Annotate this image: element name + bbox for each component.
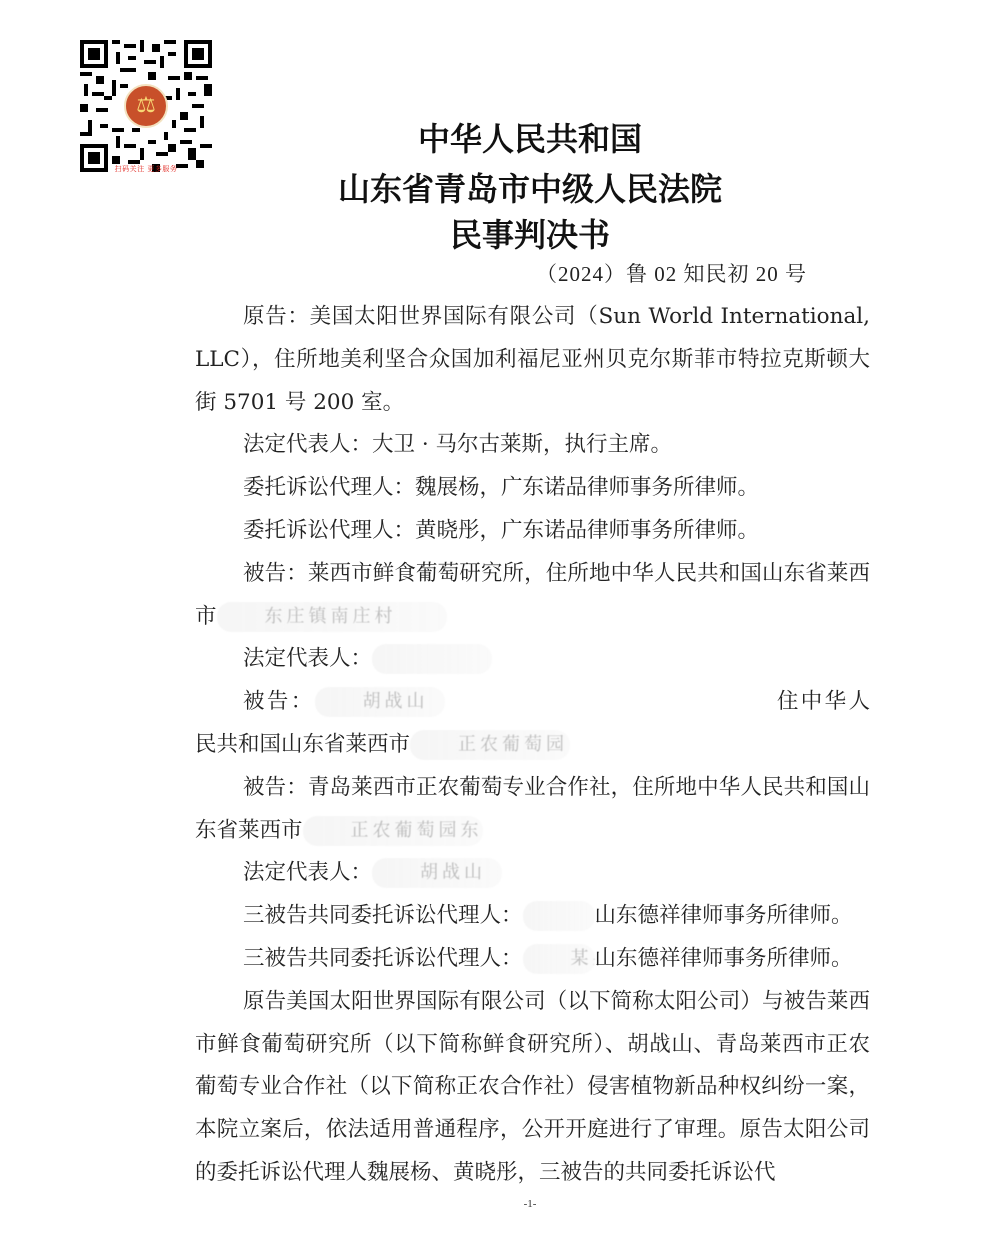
redacted-name: 胡战山 bbox=[315, 687, 445, 717]
plaintiff-paragraph: 原告：美国太阳世界国际有限公司（Sun World International,… bbox=[195, 296, 870, 424]
defendant-3-representative: 法定代表人：胡战山 bbox=[195, 852, 870, 895]
redacted-address: 正农葡萄园东庄 bbox=[303, 816, 483, 846]
redacted-name: 某某 bbox=[523, 901, 595, 931]
joint-agent-2: 三被告共同委托诉讼代理人：某某山东德祥律师事务所律师。 bbox=[195, 938, 870, 981]
title-court: 山东省青岛市中级人民法院 bbox=[0, 164, 1000, 210]
plaintiff-agent-2: 委托诉讼代理人：黄晓彤，广东诺品律师事务所律师。 bbox=[195, 510, 870, 553]
defendant-3-text: 被告：青岛莱西市正农葡萄专业合作社，住所地中华人民共和国山东省莱西市 bbox=[195, 775, 870, 843]
agent-label: 三被告共同委托诉讼代理人： bbox=[243, 903, 523, 928]
plaintiff-representative: 法定代表人：大卫 · 马尔古莱斯，执行主席。 bbox=[195, 424, 870, 467]
document-body: 原告：美国太阳世界国际有限公司（Sun World International,… bbox=[195, 296, 870, 1195]
case-number: （2024）鲁 02 知民初 20 号 bbox=[536, 258, 807, 288]
defendant-1-paragraph: 被告：莱西市鲜食葡萄研究所，住所地中华人民共和国山东省莱西市东庄镇南庄村 bbox=[195, 553, 870, 639]
redacted-address: 东庄镇南庄村 bbox=[217, 602, 447, 632]
defendant-1-representative: 法定代表人：胡战山 bbox=[195, 638, 870, 681]
title-country: 中华人民共和国 bbox=[0, 114, 1000, 160]
defendant-3-paragraph: 被告：青岛莱西市正农葡萄专业合作社，住所地中华人民共和国山东省莱西市正农葡萄园东… bbox=[195, 767, 870, 853]
joint-agent-1: 三被告共同委托诉讼代理人：某某山东德祥律师事务所律师。 bbox=[195, 895, 870, 938]
defendant-2-paragraph: 被告：胡战山住中华人民共和国山东省莱西市正农葡萄园 bbox=[195, 681, 870, 767]
redacted-name: 胡战山 bbox=[372, 644, 492, 674]
defendant-2-label: 被告： bbox=[243, 689, 315, 714]
rep-label: 法定代表人： bbox=[243, 860, 372, 885]
plaintiff-agent-1: 委托诉讼代理人：魏展杨，广东诺品律师事务所律师。 bbox=[195, 467, 870, 510]
agent-firm: 山东德祥律师事务所律师。 bbox=[595, 946, 853, 971]
title-document-type: 民事判决书 bbox=[0, 210, 1000, 256]
case-summary-paragraph: 原告美国太阳世界国际有限公司（以下简称太阳公司）与被告莱西市鲜食葡萄研究所（以下… bbox=[195, 981, 870, 1195]
page-number: -1- bbox=[0, 1198, 1000, 1210]
rep-label: 法定代表人： bbox=[243, 646, 372, 671]
redacted-name: 某某 bbox=[523, 944, 595, 974]
agent-label: 三被告共同委托诉讼代理人： bbox=[243, 946, 523, 971]
agent-firm: 山东德祥律师事务所律师。 bbox=[595, 903, 853, 928]
redacted-name: 胡战山 bbox=[372, 858, 502, 888]
redacted-address: 正农葡萄园 bbox=[410, 730, 570, 760]
